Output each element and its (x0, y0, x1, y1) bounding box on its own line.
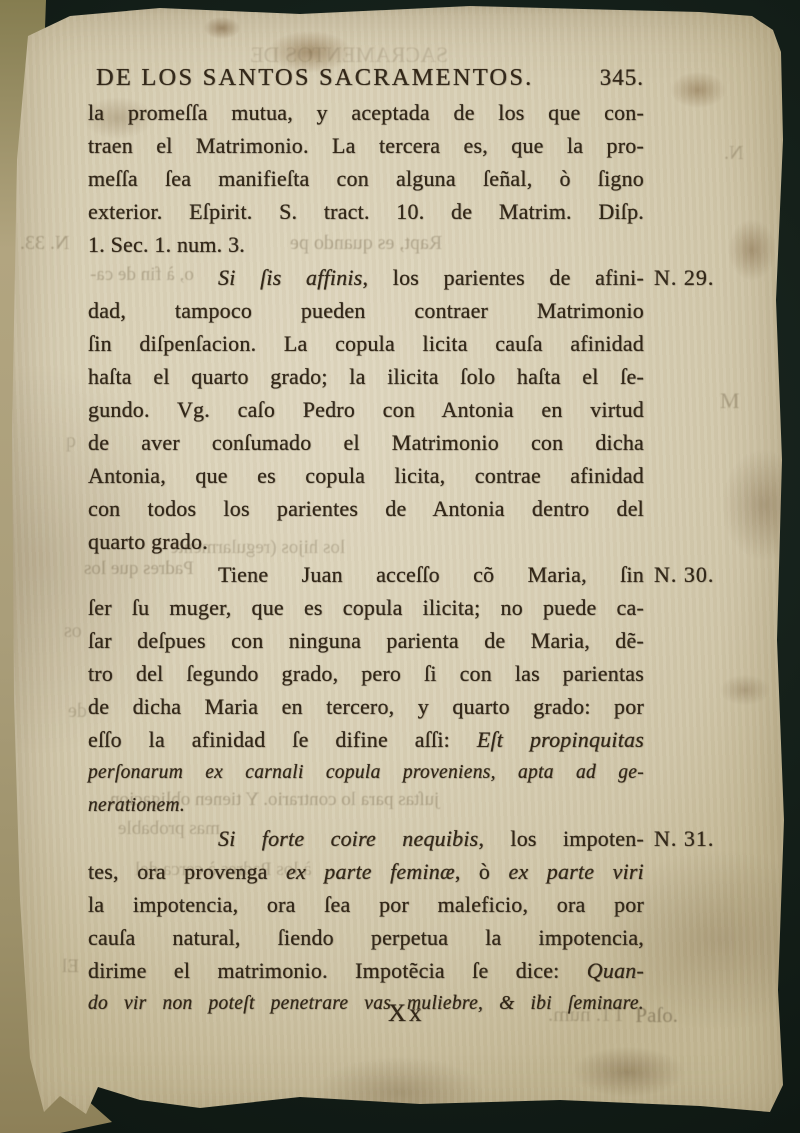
text-segment: ex parte feminæ (286, 859, 455, 884)
catchword: Paſo. (635, 1003, 678, 1028)
text-segment: Si ſis affinis (218, 265, 362, 290)
text-segment: , ò (455, 859, 509, 884)
text-segment: de dicha Maria en tercero, y quarto grad… (88, 694, 644, 719)
text-line: ſer ſu muger, que es copula ilicita; no … (88, 591, 644, 624)
text-line: Si ſis affinis, los parientes de afini-N… (88, 261, 644, 294)
text-line: Si forte coire nequibis, los impoten-N. … (88, 822, 644, 855)
text-segment: Eſt propinquitas (477, 727, 644, 752)
text-line: traen el Matrimonio. La tercera es, que … (88, 129, 644, 162)
text-segment: , los impoten- (478, 826, 644, 851)
text-line: ſin diſpenſacion. La copula licita cauſa… (88, 327, 644, 360)
text-segment: dad, tampoco pueden contraer Matrimonio (88, 298, 644, 323)
text-segment: 1. Sec. 1. num. 3. (88, 232, 245, 257)
text-segment: dirime el matrimonio. Impotẽcia ſe dice: (88, 958, 587, 983)
text-segment: quarto grado. (88, 529, 208, 554)
text-segment: , los parientes de afini- (362, 265, 644, 290)
text-segment: ſin diſpenſacion. La copula licita cauſa… (88, 331, 644, 356)
text-segment: perſonarum ex carnali copula proveniens,… (88, 762, 644, 783)
text-line: la promeſſa mutua, y aceptada de los que… (88, 96, 644, 129)
text-segment: ex parte viri (509, 859, 644, 884)
text-segment: la impotencia, ora ſea por maleficio, or… (88, 892, 644, 917)
margin-note: N. 31. (654, 822, 714, 855)
text-segment: con todos los parientes de Antonia dentr… (88, 496, 644, 521)
text-segment: eſſo la afinidad ſe difine aſſi: (88, 727, 477, 752)
text-segment: Tiene Juan acceſſo cõ Maria, ſin (218, 562, 644, 587)
text-line: quarto grado. (88, 525, 644, 558)
text-segment: traen el Matrimonio. La tercera es, que … (88, 133, 644, 158)
text-line: cauſa natural, ſiendo perpetua la impote… (88, 921, 644, 954)
text-line: la impotencia, ora ſea por maleficio, or… (88, 888, 644, 921)
bleedthrough-text: M (720, 388, 740, 414)
page-header: DE LOS SANTOS SACRAMENTOS. 345. (96, 64, 644, 92)
text-segment: Quan- (587, 958, 644, 983)
bleedthrough-text: N. 33. (20, 232, 69, 255)
margin-note: N. 29. (654, 261, 714, 294)
text-segment: tes, ora provenga (88, 859, 286, 884)
text-segment: haſta el quarto grado; la ilicita ſolo h… (88, 364, 644, 389)
signature-mark: Xx (388, 1000, 425, 1028)
bleedthrough-text: N. (724, 142, 743, 165)
text-line: tes, ora provenga ex parte feminæ, ò ex … (88, 855, 644, 888)
text-line: tro del ſegundo grado, pero ſi con las p… (88, 657, 644, 690)
text-line: con todos los parientes de Antonia dentr… (88, 492, 644, 525)
text-line: eſſo la afinidad ſe difine aſſi: Eſt pro… (88, 723, 644, 756)
text-line: nerationem. (88, 789, 644, 822)
text-line: de aver conſumado el Matrimonio con dich… (88, 426, 644, 459)
signature-row: Xx Paſo. (88, 1000, 644, 1036)
text-segment: Si forte coire nequibis (218, 826, 478, 851)
bleedthrough-text: El (62, 956, 79, 978)
text-line: dad, tampoco pueden contraer Matrimonio (88, 294, 644, 327)
scanned-book-photo: SACRAMENTOS DEN. 33.Rapt, es quando peo,… (0, 0, 800, 1133)
text-line: Tiene Juan acceſſo cõ Maria, ſinN. 30. (88, 558, 644, 591)
text-line: ſar deſpues con ninguna parienta de Mari… (88, 624, 644, 657)
text-segment: ſer ſu muger, que es copula ilicita; no … (88, 595, 644, 620)
bleedthrough-text: q (66, 430, 76, 453)
text-segment: exterior. Eſpirit. S. tract. 10. de Matr… (88, 199, 644, 224)
text-line: haſta el quarto grado; la ilicita ſolo h… (88, 360, 644, 393)
running-title: DE LOS SANTOS SACRAMENTOS. (96, 64, 533, 92)
text-segment: Antonia, que es copula licita, contrae a… (88, 463, 644, 488)
text-line: Antonia, que es copula licita, contrae a… (88, 459, 644, 492)
text-segment: cauſa natural, ſiendo perpetua la impote… (88, 925, 644, 950)
text-segment: meſſa ſea manifieſta con alguna ſeñal, ò… (88, 166, 644, 191)
book-page: SACRAMENTOS DEN. 33.Rapt, es quando peo,… (0, 0, 800, 1133)
text-line: exterior. Eſpirit. S. tract. 10. de Matr… (88, 195, 644, 228)
text-line: 1. Sec. 1. num. 3. (88, 228, 644, 261)
body-text: la promeſſa mutua, y aceptada de los que… (88, 96, 644, 1020)
text-segment: nerationem. (88, 795, 185, 816)
bleedthrough-text: de (68, 700, 87, 723)
text-segment: la promeſſa mutua, y aceptada de los que… (88, 100, 644, 125)
text-line: meſſa ſea manifieſta con alguna ſeñal, ò… (88, 162, 644, 195)
page-number: 345. (600, 65, 644, 91)
text-segment: tro del ſegundo grado, pero ſi con las p… (88, 661, 644, 686)
text-line: dirime el matrimonio. Impotẽcia ſe dice:… (88, 954, 644, 987)
bleedthrough-text: os (64, 620, 82, 643)
text-line: de dicha Maria en tercero, y quarto grad… (88, 690, 644, 723)
text-line: gundo. Vg. caſo Pedro con Antonia en vir… (88, 393, 644, 426)
text-line: perſonarum ex carnali copula proveniens,… (88, 756, 644, 789)
text-segment: de aver conſumado el Matrimonio con dich… (88, 430, 644, 455)
margin-note: N. 30. (654, 558, 714, 591)
text-segment: ſar deſpues con ninguna parienta de Mari… (88, 628, 644, 653)
text-segment: gundo. Vg. caſo Pedro con Antonia en vir… (88, 397, 644, 422)
